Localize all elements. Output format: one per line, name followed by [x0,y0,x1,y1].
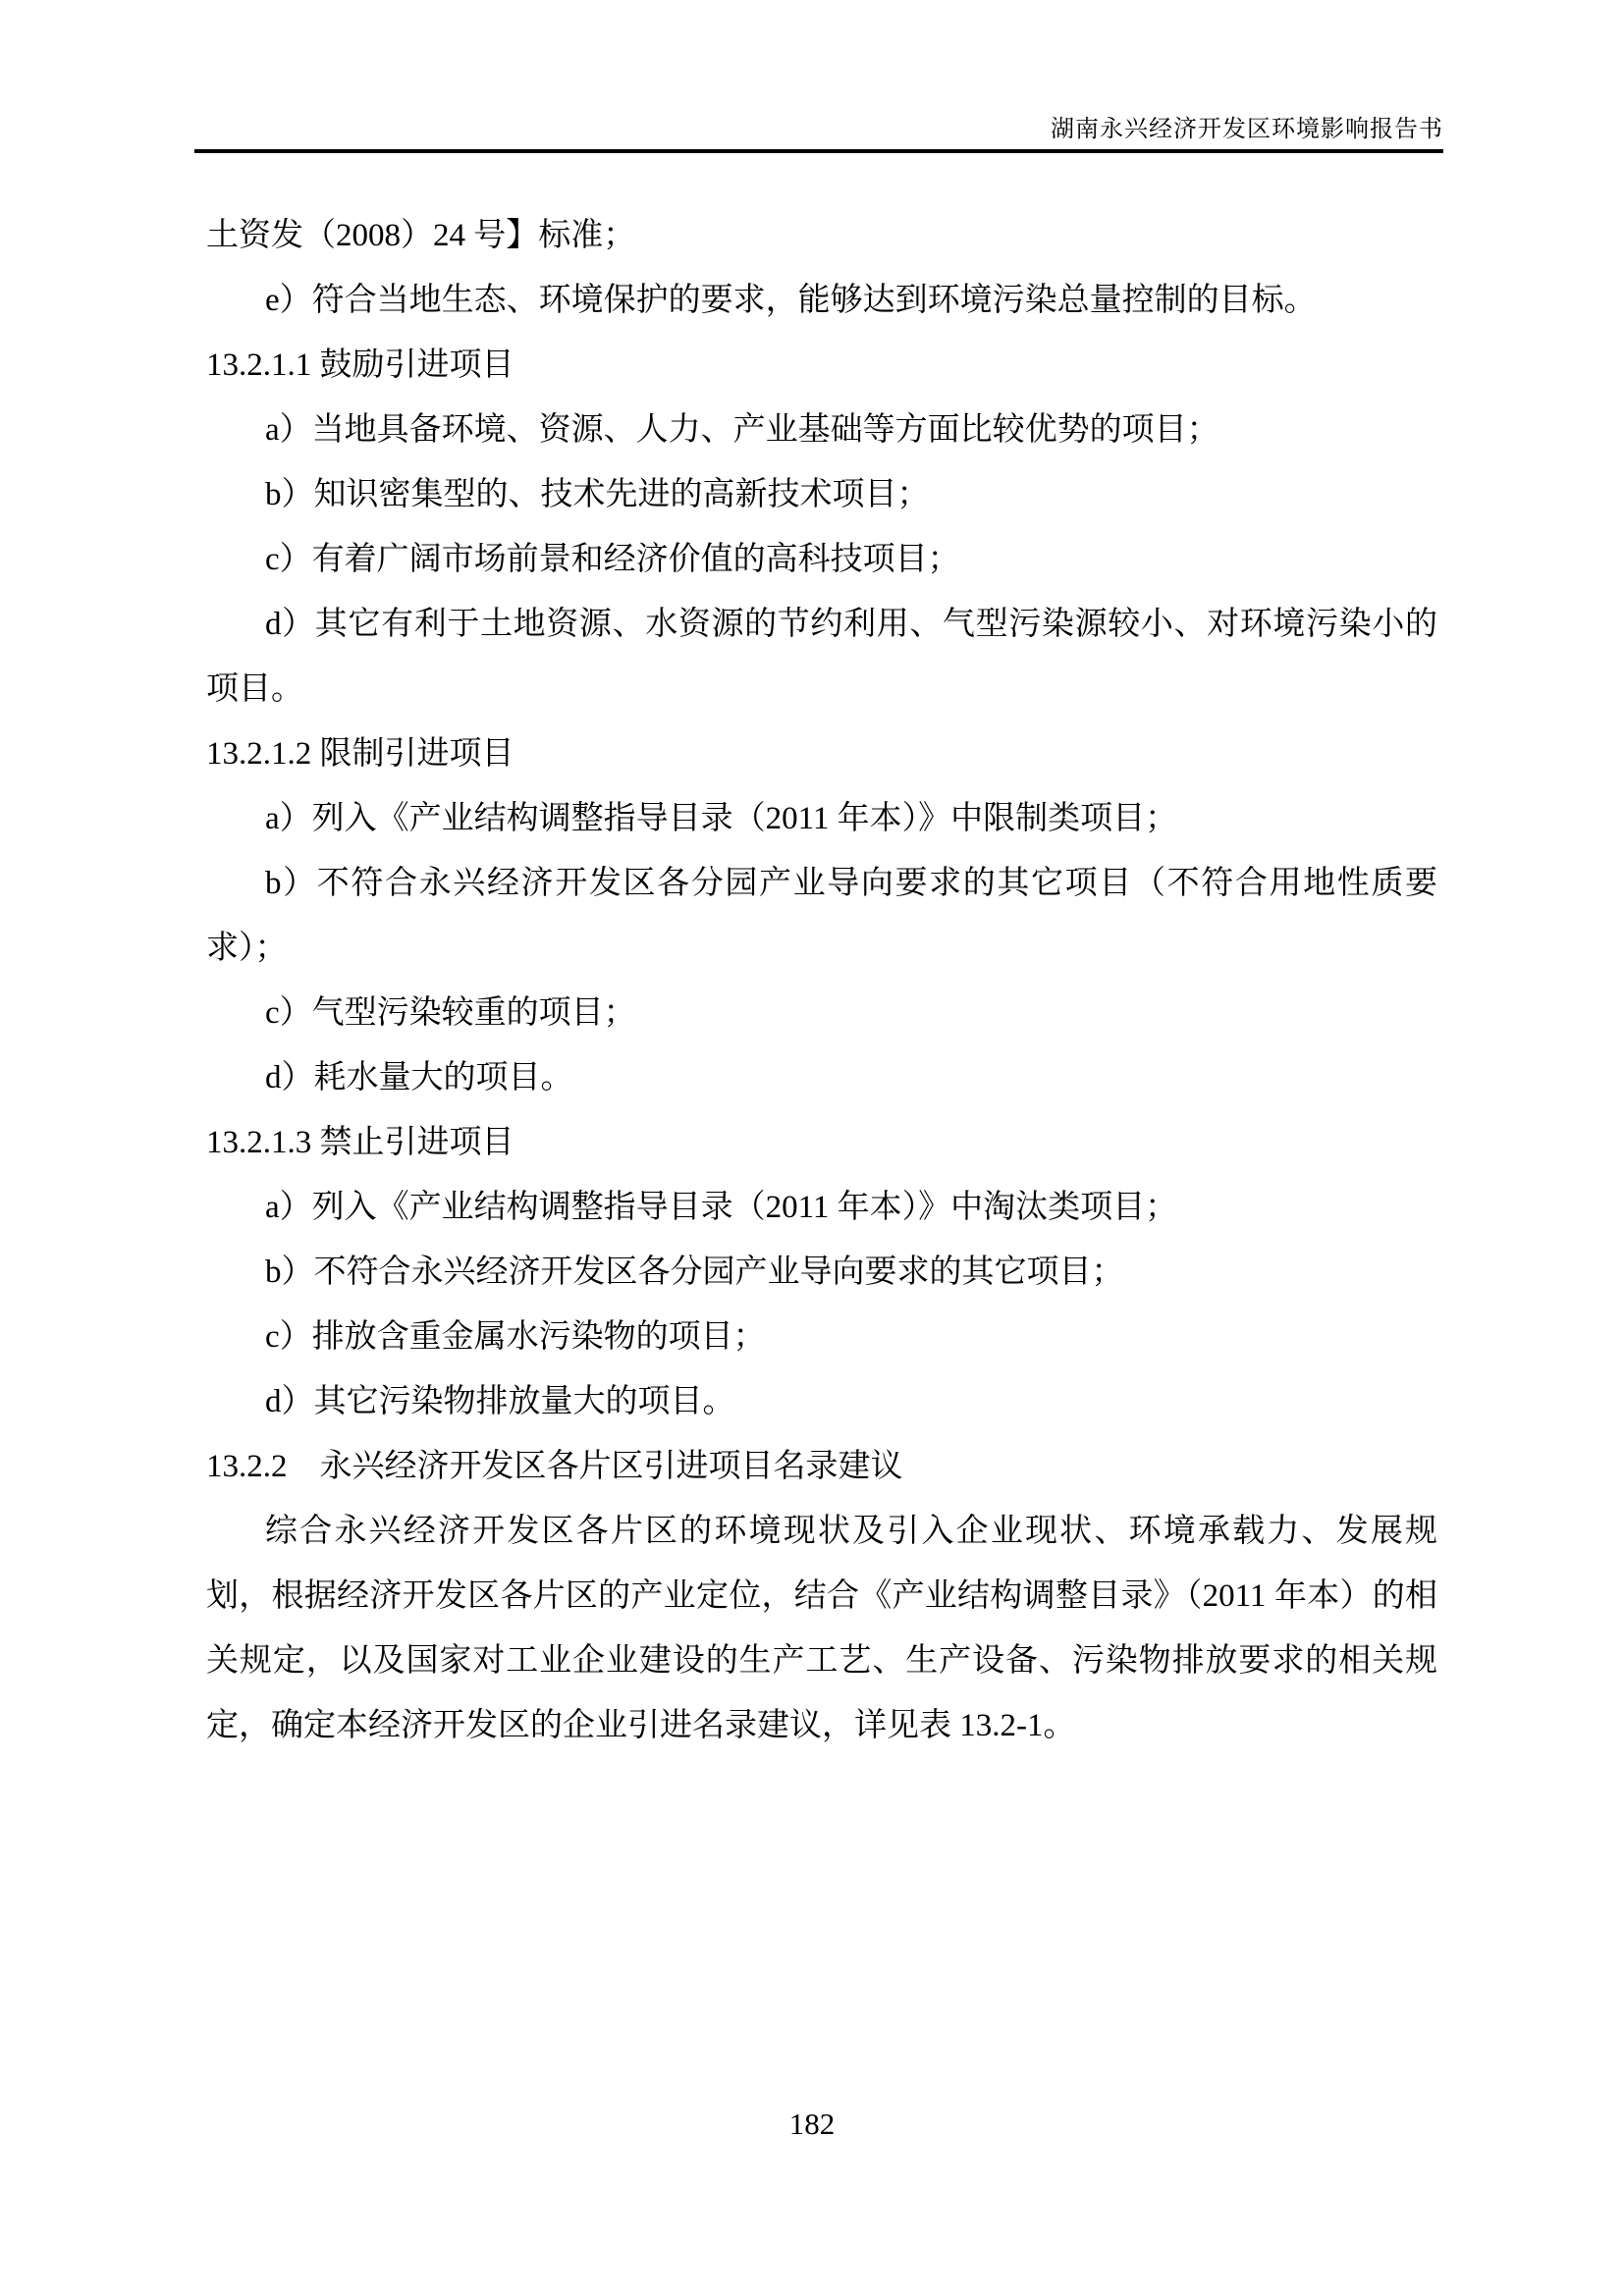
list-item: d）其它有利于土地资源、水资源的节约利用、气型污染源较小、对环境污染小的 [206,592,1437,657]
section-heading: 13.2.1.2 限制引进项目 [206,721,1437,786]
header-rule [194,149,1443,153]
list-item: c）有着广阔市场前景和经济价值的高科技项目； [206,527,1437,592]
list-item: e）符合当地生态、环境保护的要求，能够达到环境污染总量控制的目标。 [206,268,1437,333]
paragraph-line: 综合永兴经济开发区各片区的环境现状及引入企业现状、环境承载力、发展规 [206,1499,1437,1564]
paragraph-line: 划，根据经济开发区各片区的产业定位，结合《产业结构调整目录》（2011 年本）的… [206,1564,1437,1629]
page-header: 湖南永兴经济开发区环境影响报告书 [194,0,1443,149]
page-footer: 182 [0,2107,1624,2142]
continuation-line: 土资发（2008）24 号】标准； [206,203,1437,268]
continuation-line: 求）； [206,916,1437,981]
list-item: c）气型污染较重的项目； [206,981,1437,1045]
section-heading: 13.2.2 永兴经济开发区各片区引进项目名录建议 [206,1434,1437,1499]
list-item: b）知识密集型的、技术先进的高新技术项目； [206,462,1437,527]
document-content: 土资发（2008）24 号】标准；e）符合当地生态、环境保护的要求，能够达到环境… [206,203,1437,1758]
list-item: d）耗水量大的项目。 [206,1045,1437,1110]
list-item: a）当地具备环境、资源、人力、产业基础等方面比较优势的项目； [206,398,1437,462]
list-item: a）列入《产业结构调整指导目录（2011 年本）》中限制类项目； [206,786,1437,851]
list-item: a）列入《产业结构调整指导目录（2011 年本）》中淘汰类项目； [206,1175,1437,1240]
section-heading: 13.2.1.1 鼓励引进项目 [206,333,1437,398]
list-item: d）其它污染物排放量大的项目。 [206,1369,1437,1434]
continuation-line: 项目。 [206,657,1437,721]
list-item: b）不符合永兴经济开发区各分园产业导向要求的其它项目（不符合用地性质要 [206,851,1437,916]
list-item: c）排放含重金属水污染物的项目； [206,1305,1437,1369]
paragraph-line: 关规定，以及国家对工业企业建设的生产工艺、生产设备、污染物排放要求的相关规 [206,1629,1437,1693]
paragraph-line: 定，确定本经济开发区的企业引进名录建议，详见表 13.2-1。 [206,1693,1437,1758]
page-number: 182 [789,2107,836,2141]
document-page: 湖南永兴经济开发区环境影响报告书 土资发（2008）24 号】标准；e）符合当地… [0,0,1624,2296]
header-title: 湖南永兴经济开发区环境影响报告书 [1051,109,1443,143]
section-heading: 13.2.1.3 禁止引进项目 [206,1110,1437,1175]
list-item: b）不符合永兴经济开发区各分园产业导向要求的其它项目； [206,1240,1437,1305]
